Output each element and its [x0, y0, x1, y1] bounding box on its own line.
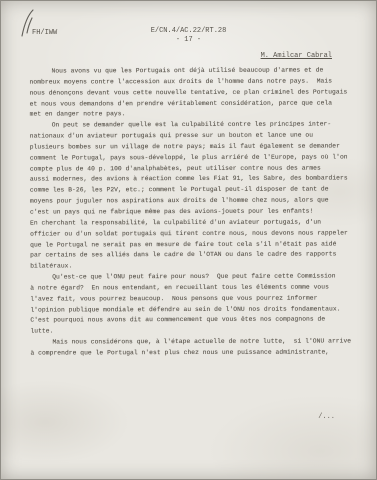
document-header: E/CN.4/AC.22/RT.28 - 17 -	[0, 27, 377, 44]
scanned-document-page: FH/IWW E/CN.4/AC.22/RT.28 - 17 - M. Amil…	[0, 0, 377, 480]
speaker-name: M. Amilcar Cabral	[261, 52, 332, 60]
paragraph-1: Nous avons vu que les Portugais ont déjà…	[29, 65, 354, 120]
document-body: Nous avons vu que les Portugais ont déjà…	[29, 65, 355, 359]
paragraph-4: Mais nous considérons que, à l'étape act…	[30, 337, 355, 360]
continuation-mark: /...	[318, 413, 335, 421]
paragraph-2: On peut se demander quelle est la culpab…	[30, 120, 356, 273]
page-number: - 17 -	[0, 36, 377, 44]
document-symbol: E/CN.4/AC.22/RT.28	[0, 27, 377, 35]
paragraph-3: Qu'est-ce que l'ONU peut faire pour nous…	[30, 271, 355, 337]
